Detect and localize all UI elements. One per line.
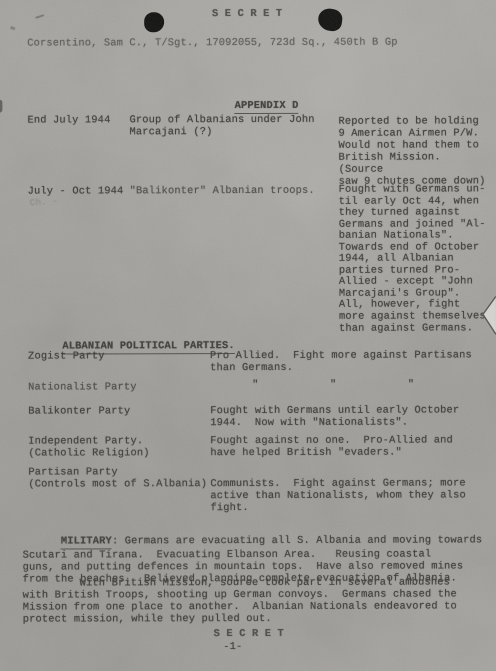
subject-identification-line: Corsentino, Sam C., T/Sgt., 17092055, 72… xyxy=(27,37,397,50)
party-name: Zogist Party xyxy=(28,350,105,362)
scanned-document-page: S E C R E T Corsentino, Sam C., T/Sgt., … xyxy=(0,0,496,671)
party-name: Balikonter Party xyxy=(28,405,130,417)
timeline-row-detail: Fought with Germans un- til early Oct 44… xyxy=(339,184,491,335)
ditto-mark: " xyxy=(330,379,336,391)
edge-ink-speck xyxy=(0,100,2,113)
ditto-mark: " xyxy=(252,379,258,391)
ditto-mark: " xyxy=(408,379,414,391)
party-description: Fought with Germans until early October … xyxy=(210,404,485,429)
classification-footer: S E C R E T xyxy=(1,627,496,640)
timeline-row-subject: Group of Albanians under John Marcajani … xyxy=(129,114,334,139)
appendix-title-text: APPENDIX D xyxy=(235,100,299,114)
party-name: Nationalist Party xyxy=(28,381,137,393)
pencil-tick-mark xyxy=(10,26,16,31)
timeline-row-subject: "Balikonter" Albanian troops. xyxy=(130,185,335,198)
party-name: Partisan Party (Controls most of S.Alban… xyxy=(28,466,207,491)
timeline-row-date: End July 1944 xyxy=(27,114,110,126)
party-description: Fought against no one. Pro-Allied and ha… xyxy=(210,434,485,459)
mission-paragraph: With British Mission, source took part i… xyxy=(23,576,487,626)
classification-header: S E C R E T xyxy=(0,7,495,20)
punch-hole-left xyxy=(144,12,164,32)
typewritten-content: S E C R E T Corsentino, Sam C., T/Sgt., … xyxy=(0,0,496,671)
ditto-marks-row: " " " xyxy=(252,379,414,391)
pencil-annotation: Ch. - xyxy=(29,196,58,209)
timeline-row-detail: Reported to be holding 9 American Airmen… xyxy=(338,115,490,188)
page-corner-tear-artifact xyxy=(480,293,496,337)
page-number: -1- xyxy=(1,640,465,653)
party-description: Pro Allied. Fight more against Partisans… xyxy=(210,349,485,374)
party-description: Communists. Fight against Germans; more … xyxy=(210,477,488,514)
military-label: MILITARY xyxy=(61,535,112,549)
party-name: Independent Party. (Catholic Religion) xyxy=(28,435,149,460)
